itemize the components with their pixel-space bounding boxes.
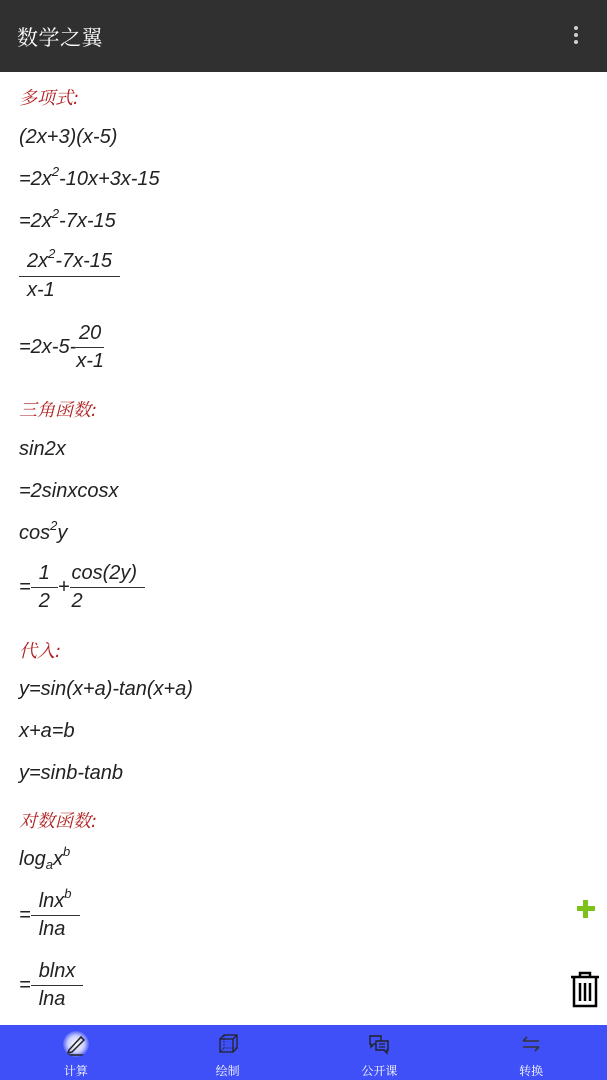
numerator: 1 (31, 562, 58, 588)
expr-part: log (19, 848, 46, 870)
section-heading-polynomial: 多项式: (19, 84, 79, 110)
expression-line[interactable]: =2x2-7x-15 (19, 210, 116, 233)
expression-line[interactable]: =2x2-10x+3x-15 (19, 168, 160, 191)
expr-part: x (53, 848, 63, 870)
expression-line[interactable]: =blnxlna (19, 960, 83, 1011)
pencil-icon (63, 1031, 89, 1057)
nav-label: 计算 (0, 1062, 152, 1079)
nav-item-open-course[interactable]: 公开课 (304, 1025, 456, 1080)
numerator: blnx (31, 960, 84, 986)
nav-label: 公开课 (304, 1062, 456, 1079)
bottom-nav: 计算 绘制 公开课 转换 (0, 1025, 607, 1080)
add-button[interactable] (575, 898, 597, 920)
exponent: 2 (52, 206, 59, 221)
operator: + (58, 576, 70, 598)
chat-bubbles-icon (366, 1031, 392, 1057)
expression-line[interactable]: sin2x (19, 438, 66, 461)
expr-part: =2x-5- (19, 336, 76, 358)
denominator: lna (31, 986, 84, 1011)
expression-line[interactable]: cos2y (19, 522, 67, 545)
trash-icon (569, 970, 601, 1010)
nav-item-convert[interactable]: 转换 (455, 1025, 607, 1080)
expression-line[interactable]: logaxb (19, 848, 70, 871)
exponent: b (63, 844, 70, 859)
expression-line[interactable]: =lnxblna (19, 890, 80, 941)
expression-line[interactable]: =2sinxcosx (19, 480, 119, 503)
denominator: x-1 (76, 348, 104, 373)
expression-line[interactable]: x+a=b (19, 720, 75, 743)
subscript: a (46, 857, 53, 872)
nav-item-calculate[interactable]: 计算 (0, 1025, 152, 1080)
fraction: 12 (31, 562, 58, 613)
numerator: 20 (76, 322, 104, 348)
nav-label: 转换 (455, 1062, 607, 1079)
expr-part: = (19, 974, 31, 996)
section-heading-trig: 三角函数: (19, 396, 97, 422)
numerator: cos(2y) (70, 562, 146, 588)
app-bar: 数学之翼 (0, 0, 607, 72)
expr-part: -10x+3x-15 (59, 168, 160, 190)
expr-part: y (57, 522, 67, 544)
expr-part: -7x-15 (59, 210, 116, 232)
nav-item-draw[interactable]: 绘制 (152, 1025, 304, 1080)
expr-part: =2x (19, 210, 52, 232)
delete-button[interactable] (569, 970, 601, 1010)
app-title: 数学之翼 (17, 22, 103, 52)
fraction: lnxblna (31, 890, 80, 941)
expression-line[interactable]: =12+cos(2y)2 (19, 562, 145, 613)
cube-icon (215, 1031, 241, 1057)
exponent: 2 (52, 164, 59, 179)
numerator: 2x2-7x-15 (19, 250, 120, 277)
expression-line[interactable]: 2x2-7x-15 x-1 (19, 250, 120, 302)
numerator: lnxb (31, 890, 80, 916)
fraction: cos(2y)2 (70, 562, 146, 613)
expression-line[interactable]: =2x-5-20x-1 (19, 322, 104, 373)
denominator: x-1 (19, 277, 120, 302)
expr-part: =2x (19, 168, 52, 190)
swap-arrows-icon (518, 1031, 544, 1057)
expression-line[interactable]: y=sin(x+a)-tan(x+a) (19, 678, 193, 701)
denominator: 2 (70, 588, 146, 613)
denominator: 2 (31, 588, 58, 613)
expr-part: cos (19, 522, 50, 544)
denominator: lna (31, 916, 80, 941)
fraction: 20x-1 (76, 322, 104, 373)
expression-line[interactable]: y=sinb-tanb (19, 762, 123, 785)
expr-part: = (19, 576, 31, 598)
section-heading-logarithm: 对数函数: (19, 807, 97, 833)
expression-line[interactable]: (2x+3)(x-5) (19, 126, 117, 149)
expression-list[interactable]: 多项式: (2x+3)(x-5) =2x2-10x+3x-15 =2x2-7x-… (0, 72, 607, 1025)
expr-part: = (19, 904, 31, 926)
more-vert-icon[interactable] (566, 24, 586, 50)
fraction: blnxlna (31, 960, 84, 1011)
section-heading-substitution: 代入: (19, 637, 61, 663)
fraction: 2x2-7x-15 x-1 (19, 250, 120, 302)
nav-label: 绘制 (152, 1062, 304, 1079)
